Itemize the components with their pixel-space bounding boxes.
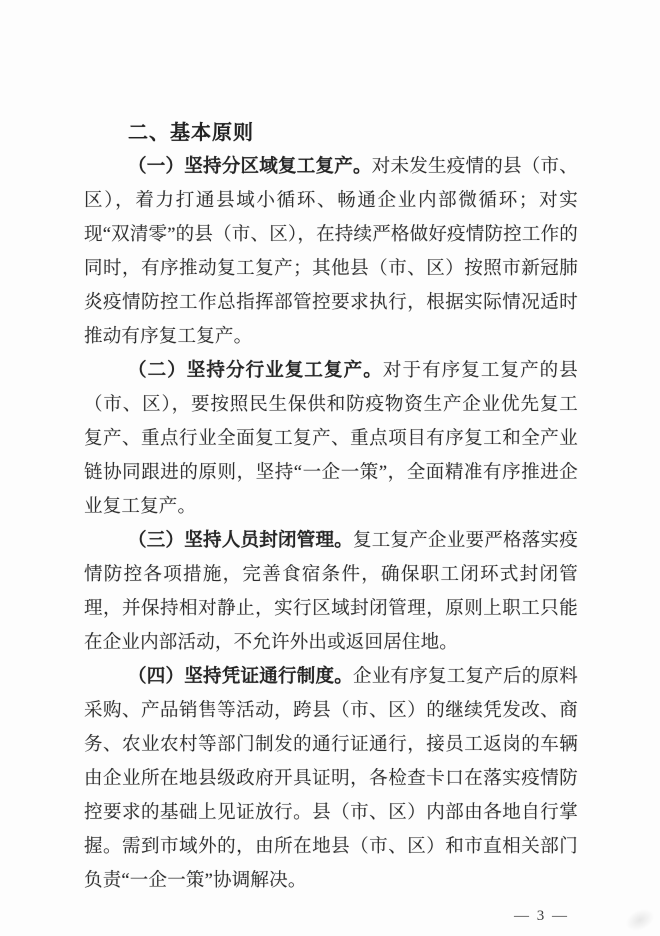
page-number: — 3 — (84, 900, 578, 932)
paragraph-4: （四）坚持凭证通行制度。企业有序复工复产后的原料采购、产品销售等活动，跨县（市、… (84, 660, 578, 898)
section-heading: 二、基本原则 (84, 116, 578, 150)
paragraph-2-text: 对于有序复工复产的县（市、区），要按照民生保供和防疫物资生产企业优先复工复产、重… (84, 361, 578, 517)
paragraph-1-text: 对未发生疫情的县（市、区），着力打通县域小循环、畅通企业内部微循环；对实现“双清… (84, 157, 578, 347)
paragraph-1: （一）坚持分区域复工复产。对未发生疫情的县（市、区），着力打通县域小循环、畅通企… (84, 150, 578, 354)
paragraph-1-lead: （一）坚持分区域复工复产。 (128, 157, 372, 177)
paragraph-4-lead: （四）坚持凭证通行制度。 (128, 667, 353, 687)
paragraph-3: （三）坚持人员封闭管理。复工复产企业要严格落实疫情防控各项措施，完善食宿条件，确… (84, 524, 578, 660)
scan-artifact (622, 905, 658, 936)
paragraph-4-text: 企业有序复工复产后的原料采购、产品销售等活动，跨县（市、区）的继续凭发改、商务、… (84, 667, 578, 891)
paragraph-3-lead: （三）坚持人员封闭管理。 (128, 531, 353, 551)
document-page: 二、基本原则 （一）坚持分区域复工复产。对未发生疫情的县（市、区），着力打通县域… (84, 116, 578, 932)
paragraph-2-lead: （二）坚持分行业复工复产。 (128, 361, 383, 381)
paragraph-2: （二）坚持分行业复工复产。对于有序复工复产的县（市、区），要按照民生保供和防疫物… (84, 354, 578, 524)
